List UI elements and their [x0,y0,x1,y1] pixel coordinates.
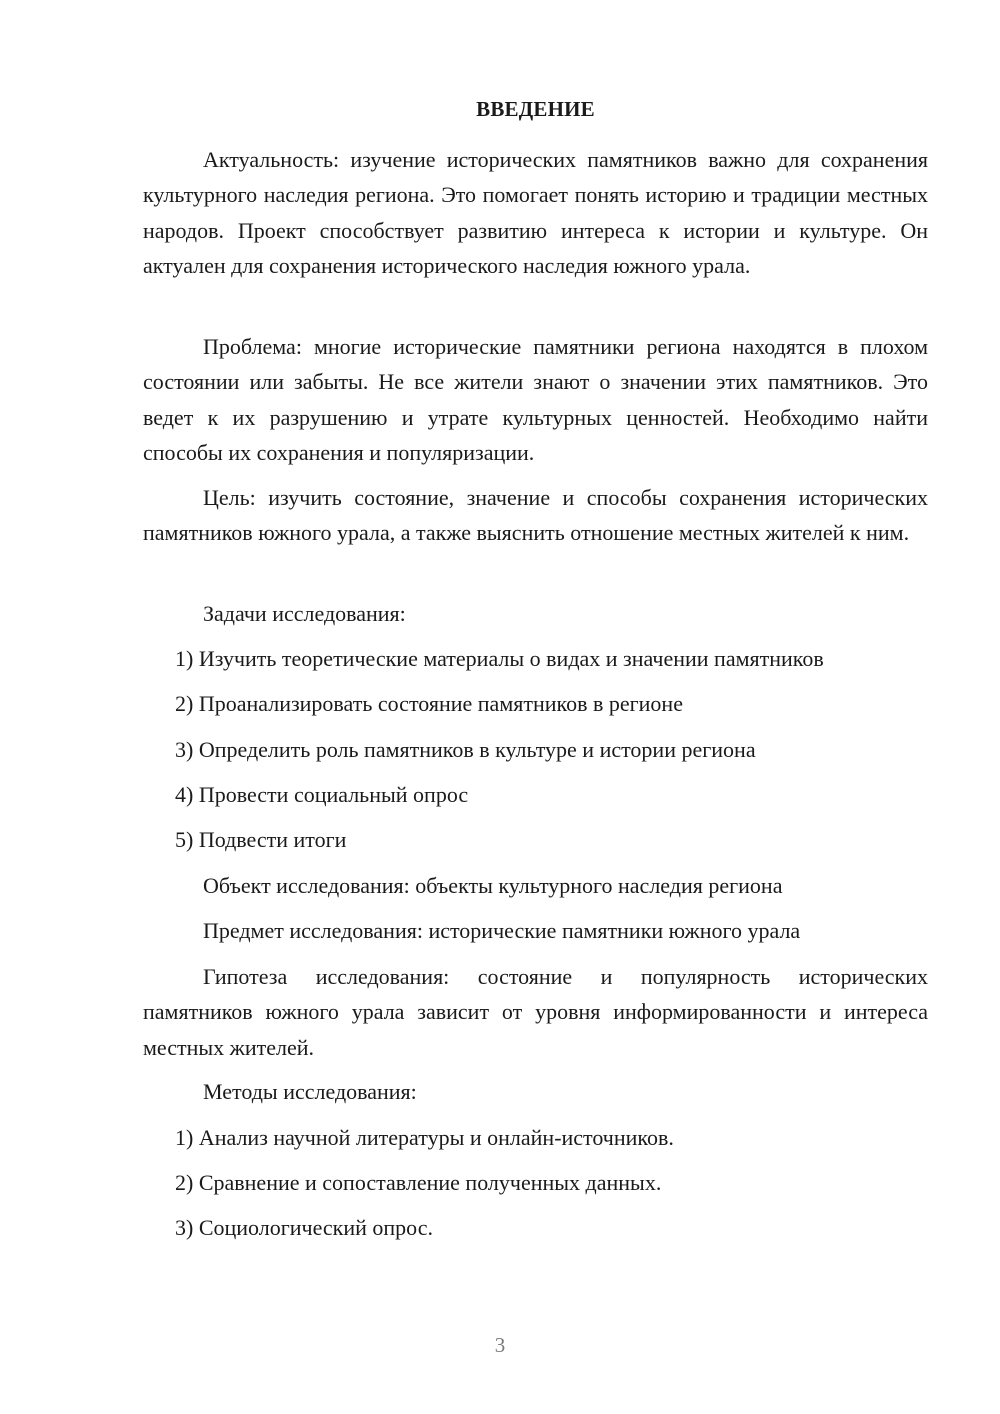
tasks-heading: Задачи исследования: [143,596,928,631]
paragraph-subject: Предмет исследования: исторические памят… [143,913,928,948]
method-item: 3) Социологический опрос. [175,1210,433,1245]
task-item: 5) Подвести итоги [175,822,346,857]
section-title: ВВЕДЕНИЕ [143,97,928,122]
paragraph-relevance: Актуальность: изучение исторических памя… [143,142,928,283]
page-number: 3 [0,1333,1000,1358]
paragraph-problem: Проблема: многие исторические памятники … [143,329,928,470]
methods-heading: Методы исследования: [143,1074,928,1109]
paragraph-object: Объект исследования: объекты культурного… [143,868,928,903]
method-item: 1) Анализ научной литературы и онлайн-ис… [175,1120,674,1155]
task-item: 4) Провести социальный опрос [175,777,468,812]
method-item: 2) Сравнение и сопоставление полученных … [175,1165,661,1200]
task-item: 1) Изучить теоретические материалы о вид… [175,641,824,676]
task-item: 3) Определить роль памятников в культуре… [175,732,756,767]
task-item: 2) Проанализировать состояние памятников… [175,686,683,721]
paragraph-goal: Цель: изучить состояние, значение и спос… [143,480,928,551]
paragraph-hypothesis: Гипотеза исследования: состояние и попул… [143,959,928,1065]
